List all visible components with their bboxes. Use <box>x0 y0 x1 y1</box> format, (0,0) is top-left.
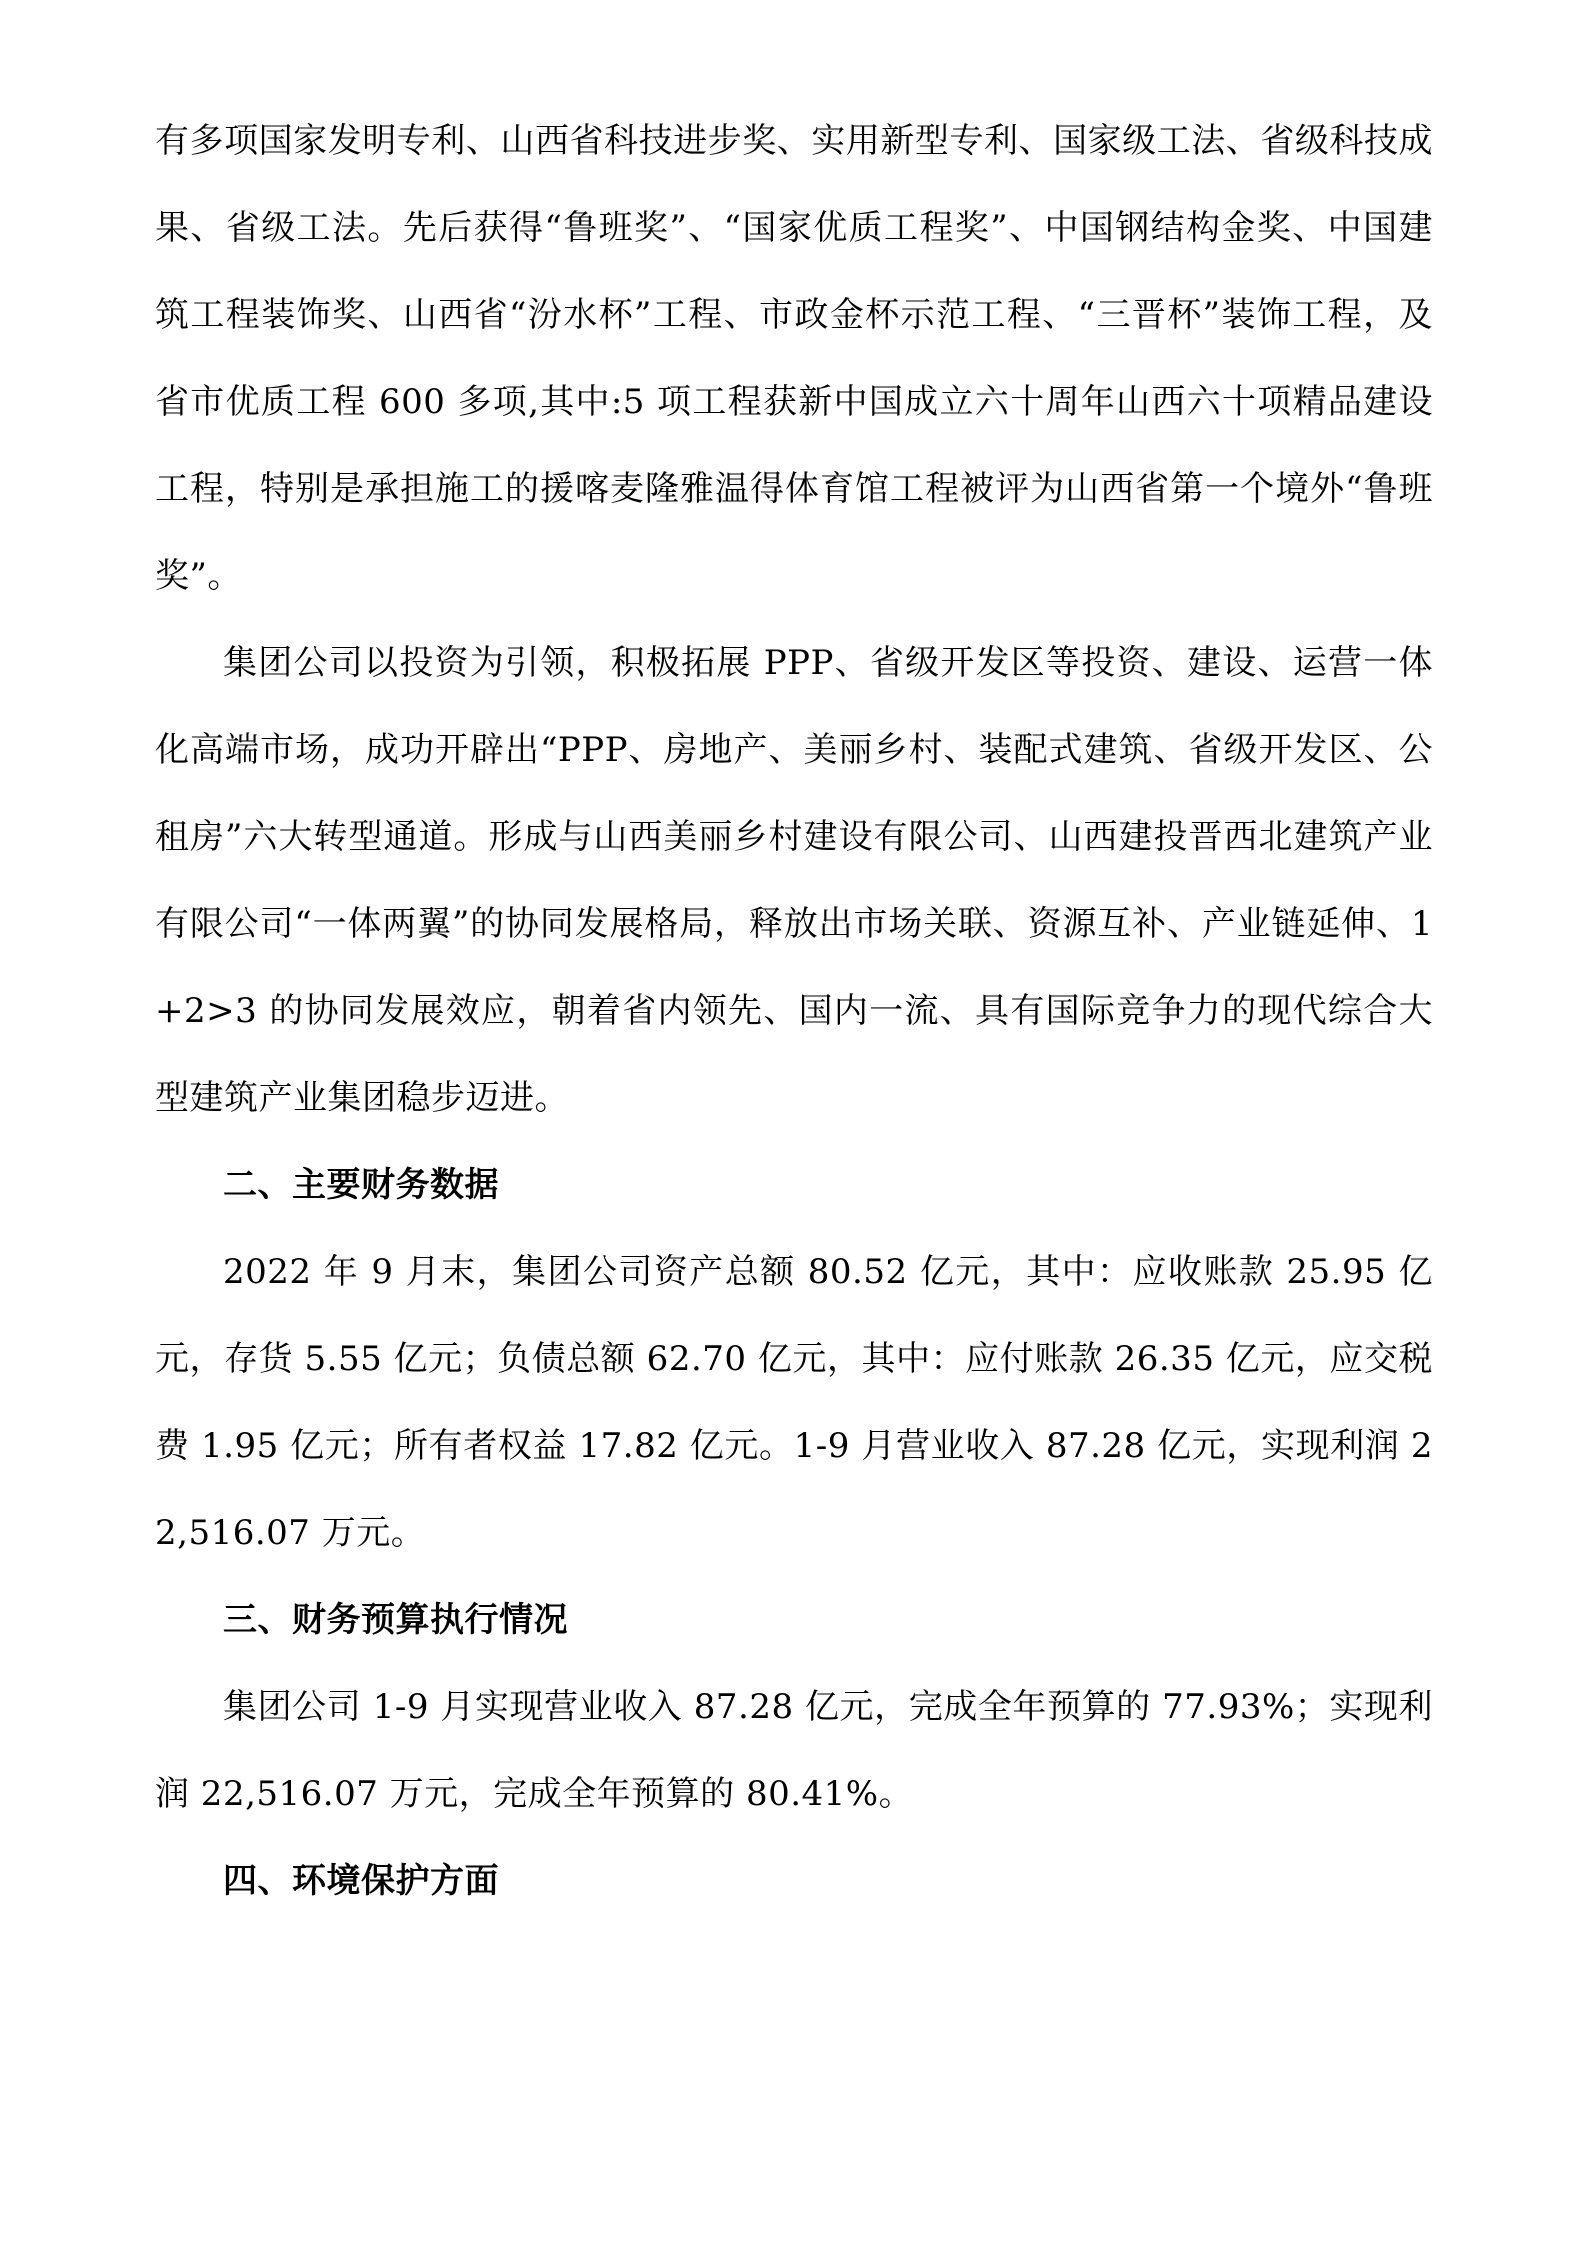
document-page: 有多项国家发明专利、山西省科技进步奖、实用新型专利、国家级工法、省级科技成果、省… <box>0 0 1587 2245</box>
heading-environmental-protection: 四、环境保护方面 <box>155 1838 1433 1925</box>
paragraph-budget-execution: 集团公司 1-9 月实现营业收入 87.28 亿元，完成全年预算的 77.93%… <box>155 1664 1433 1838</box>
heading-budget-execution: 三、财务预算执行情况 <box>155 1577 1433 1664</box>
paragraph-investment-transformation: 集团公司以投资为引领，积极拓展 PPP、省级开发区等投资、建设、运营一体化高端市… <box>155 620 1433 1142</box>
heading-main-financial-data: 二、主要财务数据 <box>155 1142 1433 1229</box>
paragraph-financial-data: 2022 年 9 月末，集团公司资产总额 80.52 亿元，其中：应收账款 25… <box>155 1229 1433 1577</box>
paragraph-awards-honors: 有多项国家发明专利、山西省科技进步奖、实用新型专利、国家级工法、省级科技成果、省… <box>155 98 1433 620</box>
document-content: 有多项国家发明专利、山西省科技进步奖、实用新型专利、国家级工法、省级科技成果、省… <box>155 98 1433 1925</box>
